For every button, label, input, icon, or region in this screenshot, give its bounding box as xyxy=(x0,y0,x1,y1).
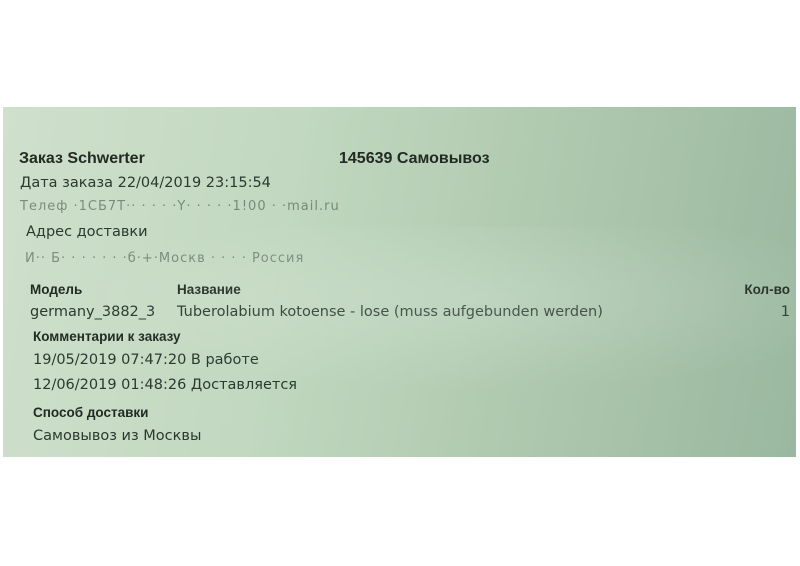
address-label: Адрес доставки xyxy=(26,224,148,240)
comment-entry: 12/06/2019 01:48:26 Доставляется xyxy=(33,377,297,393)
order-number: 145639 Самовывоз xyxy=(339,150,490,168)
comments-label: Комментарии к заказу xyxy=(33,329,181,344)
item-model: germany_3882_3 xyxy=(30,304,155,320)
comment-entry: 19/05/2019 07:47:20 В работе xyxy=(33,352,259,368)
order-title: Заказ Schwerter xyxy=(19,150,145,168)
phone-redacted: Телеф ·1СБ7Т·· · · · ·Y· · · · ·1!00 · ·… xyxy=(20,199,340,214)
order-date: Дата заказа 22/04/2019 23:15:54 xyxy=(20,175,271,191)
col-header-qty: Кол-во xyxy=(744,282,790,297)
col-header-model: Модель xyxy=(30,282,82,297)
item-name: Tuberolabium kotoense - lose (muss aufge… xyxy=(177,304,603,320)
delivery-method: Самовывоз из Москвы xyxy=(33,428,201,444)
item-qty: 1 xyxy=(781,304,790,320)
address-redacted: И·· Б· · · · · · ·б·+·Москв · · · · Росс… xyxy=(25,251,304,266)
delivery-label: Способ доставки xyxy=(33,405,148,420)
order-slip: Заказ Schwerter 145639 Самовывоз Дата за… xyxy=(3,107,796,457)
col-header-name: Название xyxy=(177,282,241,297)
